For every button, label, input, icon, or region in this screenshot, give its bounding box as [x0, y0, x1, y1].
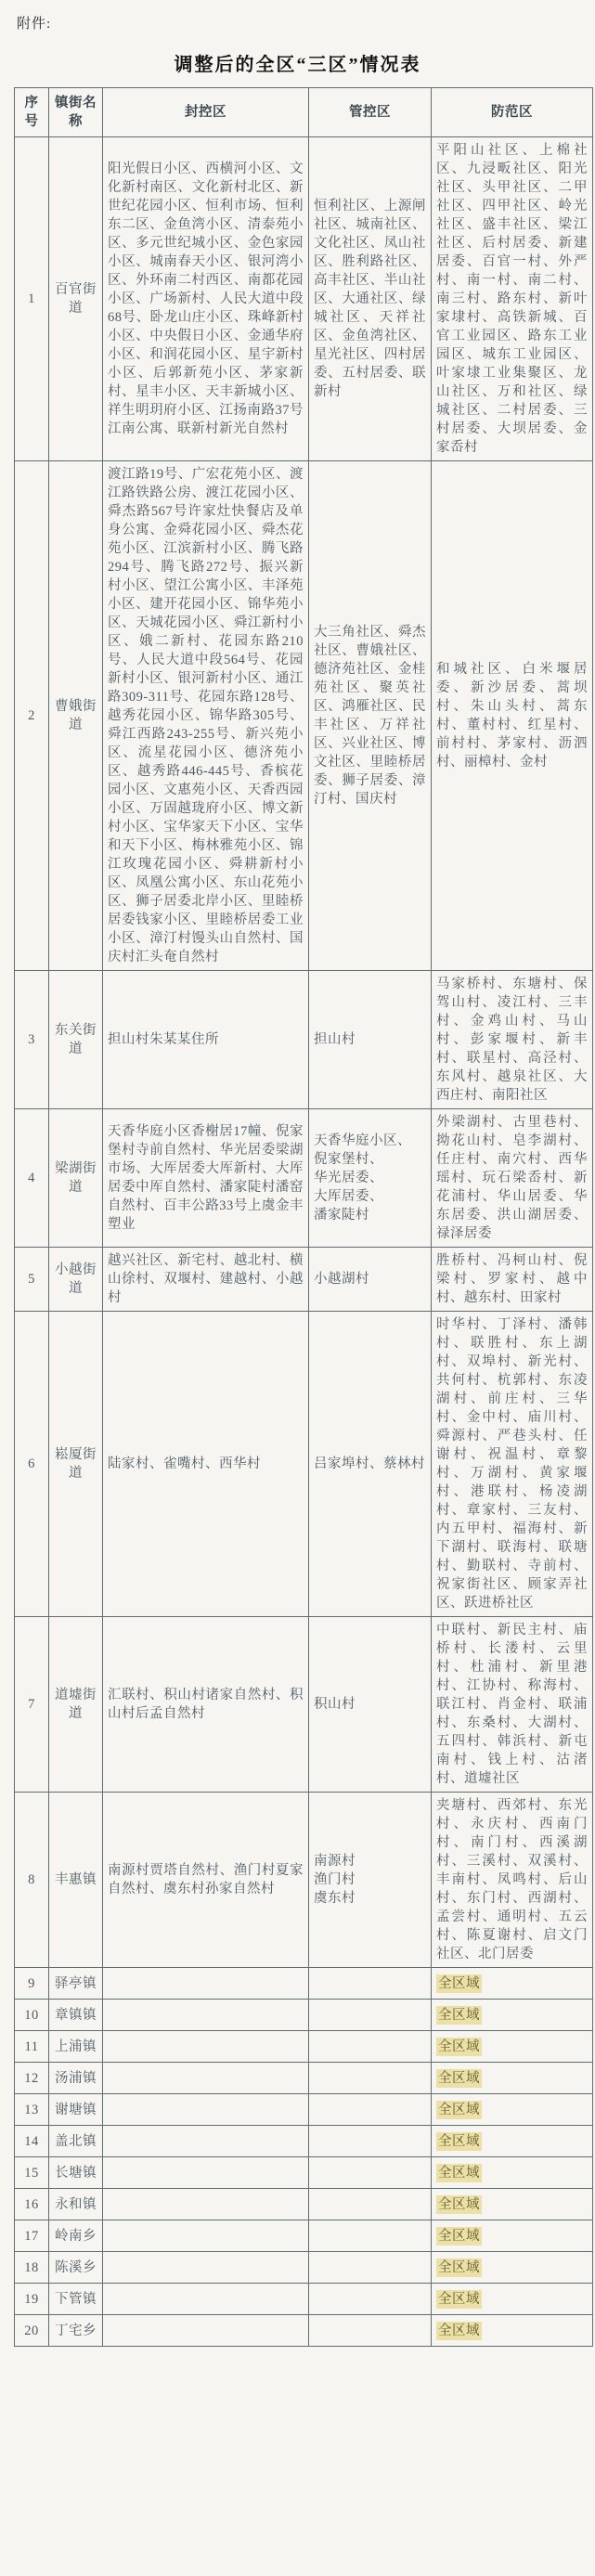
full-region-badge: 全区域 — [436, 2069, 482, 2088]
row-index: 2 — [15, 461, 49, 971]
page-title: 调整后的全区“三区”情况表 — [0, 49, 595, 76]
table-row: 13 谢塘镇 全区域 — [15, 2094, 593, 2126]
row-index: 16 — [15, 2189, 49, 2220]
header-row: 序号 镇街名称 封控区 管控区 防范区 — [15, 88, 593, 137]
town-name: 丁宅乡 — [49, 2315, 103, 2347]
prevention-zone-cell: 和城社区、白米堰居委、新沙居委、蒿坝村、朱山头村、蒿东村、董村村、红星村、前村村… — [432, 461, 593, 971]
table-row: 9 驿亭镇 全区域 — [15, 1968, 593, 2000]
town-name: 梁湖街道 — [49, 1109, 103, 1248]
prevention-zone-cell: 全区域 — [432, 2189, 593, 2220]
control-zone-cell: 南源村 渔门村 虞东村 — [309, 1793, 432, 1968]
table-row: 19 下管镇 全区域 — [15, 2284, 593, 2315]
prevention-zone-cell: 全区域 — [432, 2315, 593, 2347]
control-zone-cell — [309, 2284, 432, 2315]
prevention-zone-cell: 夹塘村、西郊村、东光村、永庆村、西南门村、南门村、西溪湖村、三溪村、双溪村、丰南… — [432, 1793, 593, 1968]
full-region-badge: 全区域 — [436, 2322, 482, 2340]
town-name: 汤浦镇 — [49, 2063, 103, 2094]
row-index: 14 — [15, 2126, 49, 2157]
prevention-zone-cell: 全区域 — [432, 1968, 593, 2000]
table-row: 16 永和镇 全区域 — [15, 2189, 593, 2220]
town-name: 陈溪乡 — [49, 2252, 103, 2284]
lockdown-zone-cell — [103, 1968, 309, 2000]
attachment-label: 附件: — [17, 13, 595, 32]
full-region-badge: 全区域 — [436, 2101, 482, 2119]
row-index: 18 — [15, 2252, 49, 2284]
table-body: 1 百官街道 阳光假日小区、西横河小区、文化新村南区、文化新村北区、新世纪花园小… — [15, 137, 593, 2347]
prevention-zone-cell: 全区域 — [432, 2157, 593, 2189]
control-zone-cell — [309, 2126, 432, 2157]
full-region-badge: 全区域 — [436, 2038, 482, 2056]
prevention-zone-cell: 马家桥村、东塘村、保驾山村、凌江村、三丰村、金鸡山村、马山村、彭家堰村、新丰村、… — [432, 971, 593, 1109]
row-index: 6 — [15, 1312, 49, 1617]
control-zone-cell — [309, 2315, 432, 2347]
table-row: 3 东关街道 担山村朱某某住所 担山村 马家桥村、东塘村、保驾山村、凌江村、三丰… — [15, 971, 593, 1109]
control-zone-cell — [309, 2094, 432, 2126]
prevention-zone-cell: 外梁湖村、古里巷村、拗花山村、皂李湖村、任庄村、南穴村、西华瑶村、玩石梁岙村、新… — [432, 1109, 593, 1248]
town-name: 长塘镇 — [49, 2157, 103, 2189]
document-page: 附件: 调整后的全区“三区”情况表 序号 镇街名称 封控区 管控区 防范区 1 … — [0, 0, 595, 2354]
town-name: 曹娥街道 — [49, 461, 103, 971]
town-name: 永和镇 — [49, 2189, 103, 2220]
control-zone-cell: 担山村 — [309, 971, 432, 1109]
control-zone-cell: 恒利社区、上源闸社区、城南社区、文化社区、凤山社区、胜利路社区、高丰社区、半山社… — [309, 137, 432, 461]
control-zone-cell — [309, 2220, 432, 2252]
three-zones-table: 序号 镇街名称 封控区 管控区 防范区 1 百官街道 阳光假日小区、西横河小区、… — [14, 87, 593, 2347]
full-region-badge: 全区域 — [436, 2290, 482, 2309]
table-row: 12 汤浦镇 全区域 — [15, 2063, 593, 2094]
prevention-zone-cell: 胜桥村、冯柯山村、倪梁村、罗家村、越中村、越东村、田家村 — [432, 1248, 593, 1312]
full-region-badge: 全区域 — [436, 2227, 482, 2246]
row-index: 8 — [15, 1793, 49, 1968]
table-row: 1 百官街道 阳光假日小区、西横河小区、文化新村南区、文化新村北区、新世纪花园小… — [15, 137, 593, 461]
control-zone-cell: 天香华庭小区、 倪家堡村、 华光居委、 大厍居委、 潘家陡村 — [309, 1109, 432, 1248]
control-zone-cell — [309, 2063, 432, 2094]
control-zone-cell — [309, 2000, 432, 2031]
table-row: 8 丰惠镇 南源村贾塔自然村、渔门村夏家自然村、虞东村孙家自然村 南源村 渔门村… — [15, 1793, 593, 1968]
row-index: 7 — [15, 1617, 49, 1793]
table-row: 10 章镇镇 全区域 — [15, 2000, 593, 2031]
table-header: 序号 镇街名称 封控区 管控区 防范区 — [15, 88, 593, 137]
prevention-zone-cell: 时华村、丁泽村、潘韩村、联胜村、东上湖村、双埠村、新光村、共何村、杭郭村、东凌湖… — [432, 1312, 593, 1617]
table-row: 17 岭南乡 全区域 — [15, 2220, 593, 2252]
row-index: 15 — [15, 2157, 49, 2189]
lockdown-zone-cell: 汇联村、积山村诸家自然村、积山村后孟自然村 — [103, 1617, 309, 1793]
control-zone-cell — [309, 2189, 432, 2220]
lockdown-zone-cell — [103, 2220, 309, 2252]
full-region-badge: 全区域 — [436, 2259, 482, 2277]
lockdown-zone-cell: 南源村贾塔自然村、渔门村夏家自然村、虞东村孙家自然村 — [103, 1793, 309, 1968]
lockdown-zone-cell — [103, 2126, 309, 2157]
prevention-zone-cell: 全区域 — [432, 2063, 593, 2094]
town-name: 谢塘镇 — [49, 2094, 103, 2126]
prevention-zone-cell: 全区域 — [432, 2284, 593, 2315]
lockdown-zone-cell — [103, 2094, 309, 2126]
table-row: 11 上浦镇 全区域 — [15, 2031, 593, 2063]
lockdown-zone-cell — [103, 2063, 309, 2094]
col-header-name: 镇街名称 — [49, 88, 103, 137]
table-row: 7 道墟街道 汇联村、积山村诸家自然村、积山村后孟自然村 积山村 中联村、新民主… — [15, 1617, 593, 1793]
lockdown-zone-cell — [103, 2189, 309, 2220]
table-row: 20 丁宅乡 全区域 — [15, 2315, 593, 2347]
row-index: 12 — [15, 2063, 49, 2094]
town-name: 小越街道 — [49, 1248, 103, 1312]
town-name: 驿亭镇 — [49, 1968, 103, 2000]
prevention-zone-cell: 全区域 — [432, 2220, 593, 2252]
control-zone-cell — [309, 2252, 432, 2284]
prevention-zone-cell: 中联村、新民主村、庙桥村、长溇村、云里村、杜浦村、新里港村、江协村、称海村、联江… — [432, 1617, 593, 1793]
lockdown-zone-cell: 渡江路19号、广宏花苑小区、渡江路铁路公房、渡江花园小区、舜杰路567号许家灶快… — [103, 461, 309, 971]
prevention-zone-cell: 全区域 — [432, 2252, 593, 2284]
control-zone-cell: 大三角社区、舜杰社区、曹娥社区、德济苑社区、金桂苑社区、聚英社区、鸿雁社区、民丰… — [309, 461, 432, 971]
lockdown-zone-cell — [103, 2284, 309, 2315]
full-region-badge: 全区域 — [436, 1974, 482, 1993]
town-name: 上浦镇 — [49, 2031, 103, 2063]
prevention-zone-cell: 全区域 — [432, 2031, 593, 2063]
lockdown-zone-cell: 陆家村、雀嘴村、西华村 — [103, 1312, 309, 1617]
lockdown-zone-cell: 阳光假日小区、西横河小区、文化新村南区、文化新村北区、新世纪花园小区、恒利市场、… — [103, 137, 309, 461]
control-zone-cell — [309, 1968, 432, 2000]
table-row: 18 陈溪乡 全区域 — [15, 2252, 593, 2284]
col-header-fangfan: 防范区 — [432, 88, 593, 137]
row-index: 10 — [15, 2000, 49, 2031]
town-name: 章镇镇 — [49, 2000, 103, 2031]
town-name: 道墟街道 — [49, 1617, 103, 1793]
lockdown-zone-cell — [103, 2252, 309, 2284]
row-index: 4 — [15, 1109, 49, 1248]
table-row: 6 崧厦街道 陆家村、雀嘴村、西华村 吕家埠村、蔡林村 时华村、丁泽村、潘韩村、… — [15, 1312, 593, 1617]
town-name: 下管镇 — [49, 2284, 103, 2315]
prevention-zone-cell: 全区域 — [432, 2000, 593, 2031]
control-zone-cell: 吕家埠村、蔡林村 — [309, 1312, 432, 1617]
col-header-guankong: 管控区 — [309, 88, 432, 137]
lockdown-zone-cell — [103, 2315, 309, 2347]
row-index: 17 — [15, 2220, 49, 2252]
lockdown-zone-cell: 天香华庭小区香榭居17幢、倪家堡村寺前自然村、华光居委梁湖市场、大厍居委大厍新村… — [103, 1109, 309, 1248]
control-zone-cell — [309, 2031, 432, 2063]
full-region-badge: 全区域 — [436, 2132, 482, 2151]
town-name: 盖北镇 — [49, 2126, 103, 2157]
prevention-zone-cell: 全区域 — [432, 2126, 593, 2157]
town-name: 丰惠镇 — [49, 1793, 103, 1968]
control-zone-cell: 小越湖村 — [309, 1248, 432, 1312]
col-header-index: 序号 — [15, 88, 49, 137]
full-region-badge: 全区域 — [436, 2006, 482, 2025]
prevention-zone-cell: 平阳山社区、上棉社区、九浸畈社区、阳光社区、头甲社区、二甲社区、四甲社区、岭光社… — [432, 137, 593, 461]
town-name: 东关街道 — [49, 971, 103, 1109]
row-index: 13 — [15, 2094, 49, 2126]
town-name: 岭南乡 — [49, 2220, 103, 2252]
row-index: 5 — [15, 1248, 49, 1312]
table-row: 2 曹娥街道 渡江路19号、广宏花苑小区、渡江路铁路公房、渡江花园小区、舜杰路5… — [15, 461, 593, 971]
row-index: 1 — [15, 137, 49, 461]
row-index: 11 — [15, 2031, 49, 2063]
control-zone-cell — [309, 2157, 432, 2189]
table-row: 14 盖北镇 全区域 — [15, 2126, 593, 2157]
control-zone-cell: 积山村 — [309, 1617, 432, 1793]
row-index: 19 — [15, 2284, 49, 2315]
lockdown-zone-cell — [103, 2000, 309, 2031]
prevention-zone-cell: 全区域 — [432, 2094, 593, 2126]
table-row: 4 梁湖街道 天香华庭小区香榭居17幢、倪家堡村寺前自然村、华光居委梁湖市场、大… — [15, 1109, 593, 1248]
town-name: 百官街道 — [49, 137, 103, 461]
full-region-badge: 全区域 — [436, 2164, 482, 2182]
lockdown-zone-cell: 越兴社区、新宅村、越北村、横山徐村、双堰村、建越村、小越村 — [103, 1248, 309, 1312]
table-row: 15 长塘镇 全区域 — [15, 2157, 593, 2189]
row-index: 3 — [15, 971, 49, 1109]
table-row: 5 小越街道 越兴社区、新宅村、越北村、横山徐村、双堰村、建越村、小越村 小越湖… — [15, 1248, 593, 1312]
row-index: 20 — [15, 2315, 49, 2347]
town-name: 崧厦街道 — [49, 1312, 103, 1617]
col-header-fengkong: 封控区 — [103, 88, 309, 137]
full-region-badge: 全区域 — [436, 2195, 482, 2214]
lockdown-zone-cell — [103, 2031, 309, 2063]
lockdown-zone-cell — [103, 2157, 309, 2189]
row-index: 9 — [15, 1968, 49, 2000]
lockdown-zone-cell: 担山村朱某某住所 — [103, 971, 309, 1109]
